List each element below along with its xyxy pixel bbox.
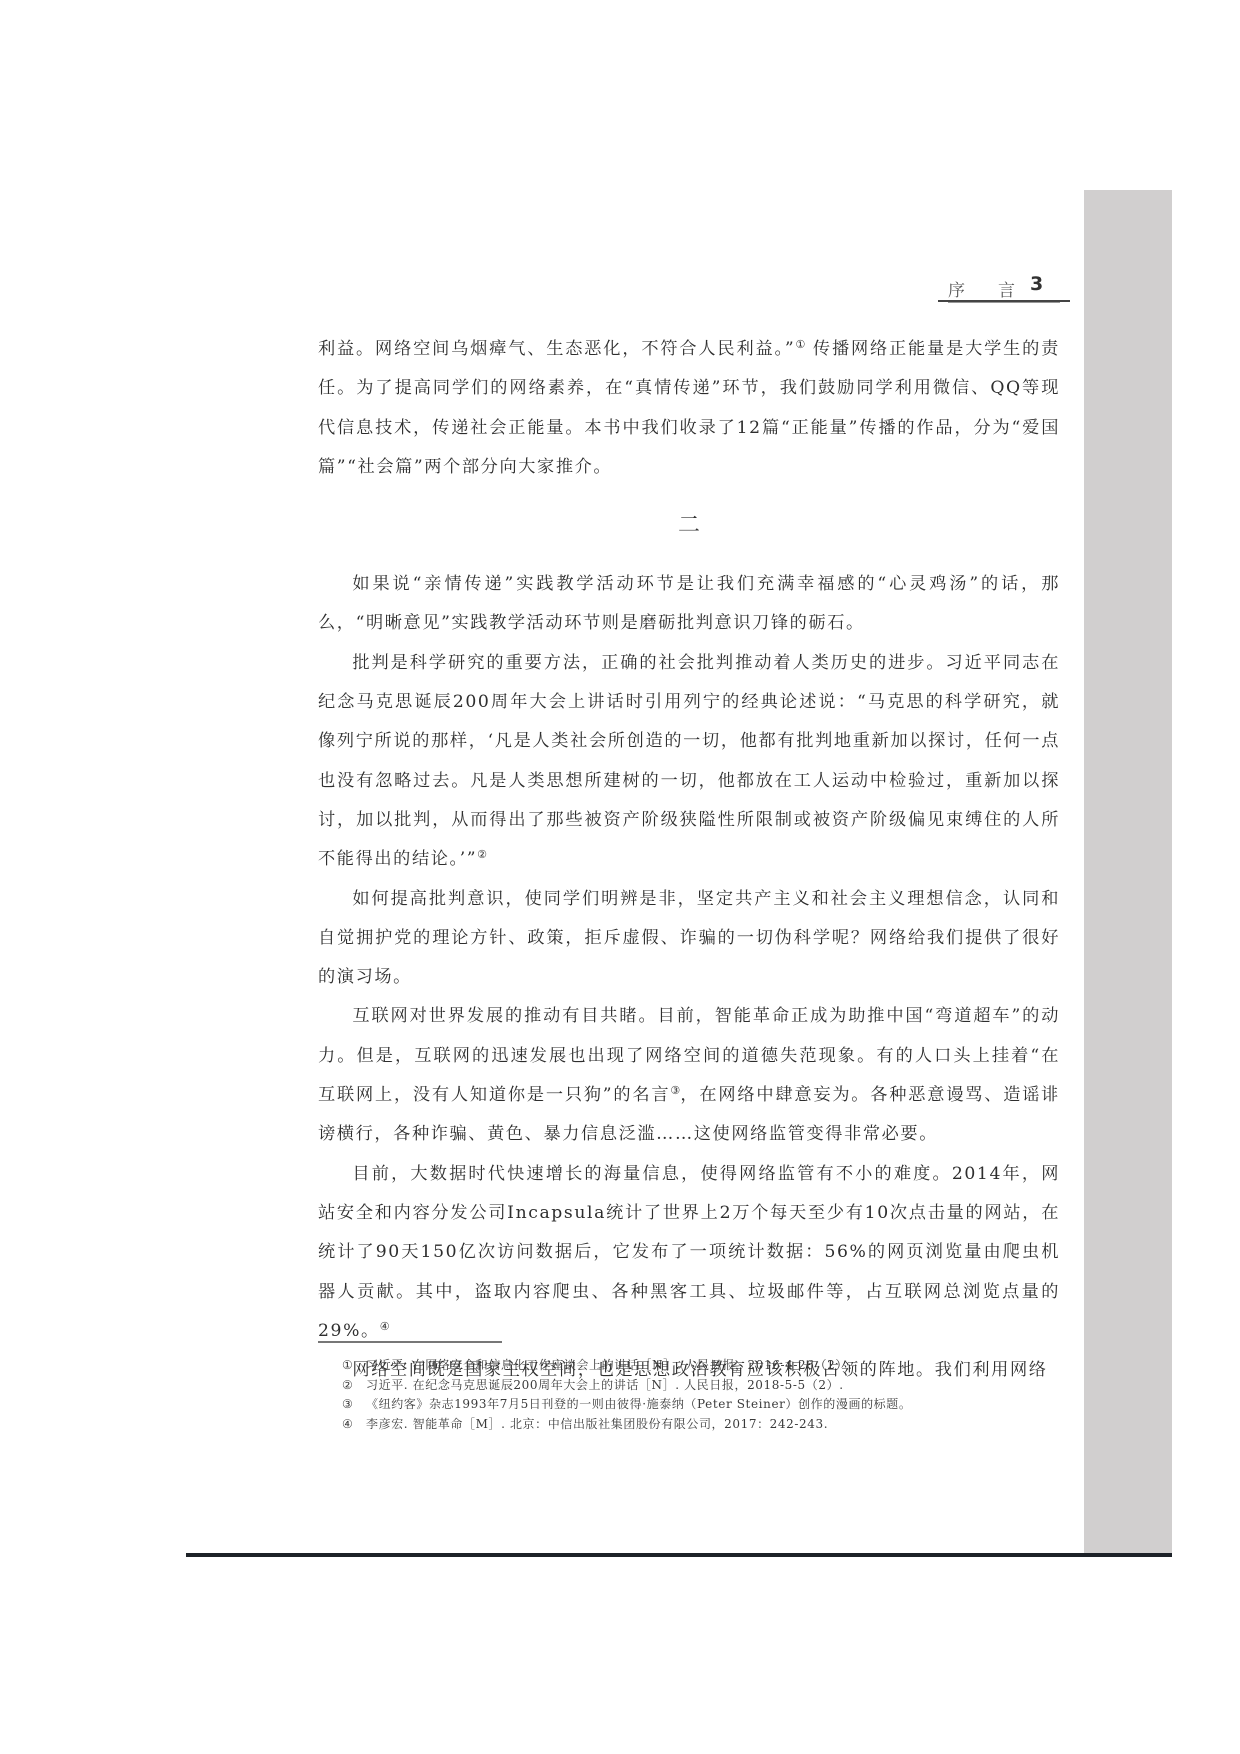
- body-text: 利益。网络空间乌烟瘴气、生态恶化，不符合人民利益。”① 传播网络正能量是大学生的…: [318, 330, 1060, 1390]
- paragraph: 目前，大数据时代快速增长的海量信息，使得网络监管有不小的难度。2014年，网站安…: [318, 1155, 1060, 1351]
- paragraph-text: 利益。网络空间乌烟瘴气、生态恶化，不符合人民利益。”: [318, 339, 795, 359]
- footnote-text: 李彦宏. 智能革命［M］. 北京：中信出版社集团股份有限公司，2017：242-…: [366, 1415, 828, 1435]
- footnote-marker: ①: [342, 1356, 366, 1376]
- running-head-section-left: 序: [948, 276, 965, 301]
- footnote-separator: [318, 1341, 502, 1343]
- footnote-text: 习近平. 在纪念马克思诞辰200周年大会上的讲话［N］. 人民日报，2018-5…: [366, 1376, 844, 1396]
- paragraph: 互联网对世界发展的推动有目共睹。目前，智能革命正成为助推中国“弯道超车”的动力。…: [318, 997, 1060, 1154]
- paragraph: 如何提高批判意识，使同学们明辨是非，坚定共产主义和社会主义理想信念，认同和自觉拥…: [318, 880, 1060, 998]
- footnote-ref[interactable]: ②: [477, 848, 487, 861]
- section-number: 二: [318, 487, 1060, 565]
- page-bottom-rule: [186, 1553, 1172, 1557]
- footnote-marker: ③: [342, 1395, 366, 1415]
- paragraph-text: 目前，大数据时代快速增长的海量信息，使得网络监管有不小的难度。2014年，网站安…: [318, 1164, 1060, 1341]
- page-edge-thumb-band: [1084, 190, 1172, 1554]
- footnote-ref[interactable]: ①: [795, 338, 805, 351]
- footnote-marker: ④: [342, 1415, 366, 1435]
- footnote-ref[interactable]: ③: [670, 1084, 680, 1097]
- footnote-text: 《纽约客》杂志1993年7月5日刊登的一则由彼得·施泰纳（Peter Stein…: [366, 1395, 912, 1415]
- paragraph-text: 批判是科学研究的重要方法，正确的社会批判推动着人类历史的进步。习近平同志在纪念马…: [318, 653, 1060, 869]
- paragraph: 批判是科学研究的重要方法，正确的社会批判推动着人类历史的进步。习近平同志在纪念马…: [318, 644, 1060, 880]
- footnote-item: ① 习近平. 在网络安全和信息化工作座谈会上的讲话［N］. 人民日报，2016-…: [342, 1356, 1062, 1376]
- paragraph: 如果说“亲情传递”实践教学活动环节是让我们充满幸福感的“心灵鸡汤”的话，那么，“…: [318, 565, 1060, 644]
- paragraph: 利益。网络空间乌烟瘴气、生态恶化，不符合人民利益。”① 传播网络正能量是大学生的…: [318, 330, 1060, 487]
- footnote-item: ④ 李彦宏. 智能革命［M］. 北京：中信出版社集团股份有限公司，2017：24…: [342, 1415, 1062, 1435]
- paragraph-text: 传播网络正能量是大学生的责任。为了提高同学们的网络素养，在“真情传递”环节，我们…: [318, 339, 1060, 477]
- footnote-item: ② 习近平. 在纪念马克思诞辰200周年大会上的讲话［N］. 人民日报，2018…: [342, 1376, 1062, 1396]
- footnote-text: 习近平. 在网络安全和信息化工作座谈会上的讲话［N］. 人民日报，2016-4-…: [366, 1356, 852, 1376]
- footnotes: ① 习近平. 在网络安全和信息化工作座谈会上的讲话［N］. 人民日报，2016-…: [342, 1356, 1062, 1434]
- running-head-section-right: 言: [998, 276, 1015, 301]
- footnote-marker: ②: [342, 1376, 366, 1396]
- footnote-item: ③ 《纽约客》杂志1993年7月5日刊登的一则由彼得·施泰纳（Peter Ste…: [342, 1395, 1062, 1415]
- header-rule-thin: [948, 302, 1060, 303]
- footnote-ref[interactable]: ④: [380, 1320, 390, 1333]
- page-number: 3: [1030, 273, 1043, 295]
- running-head: 序 言 3: [938, 274, 1070, 304]
